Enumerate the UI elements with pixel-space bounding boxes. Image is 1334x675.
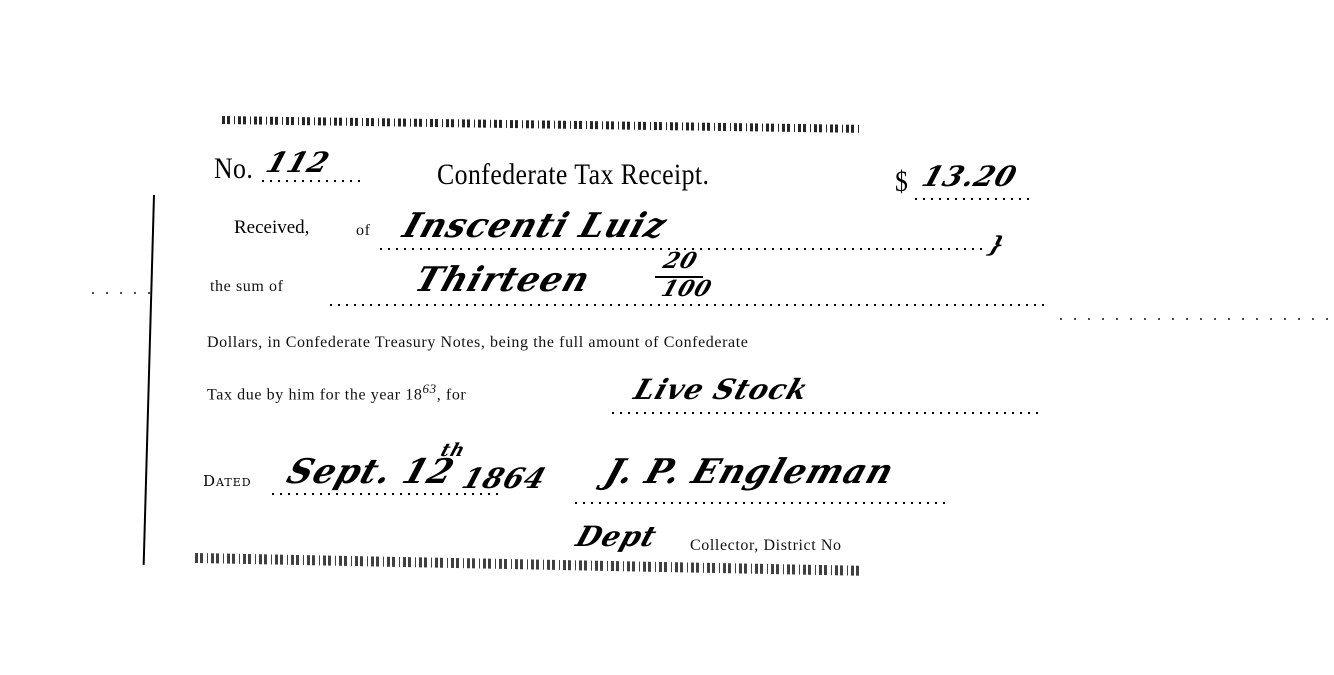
date-dots bbox=[272, 493, 502, 495]
receipt-number-value: 112 bbox=[262, 146, 334, 179]
amount-dots bbox=[915, 198, 1035, 200]
date-ordinal: th bbox=[438, 440, 468, 461]
tax-year-digits: 63 bbox=[422, 381, 436, 396]
ornamental-border-bottom bbox=[195, 553, 860, 576]
tax-item: Live Stock bbox=[630, 373, 813, 406]
scan-artifact-left bbox=[92, 292, 162, 294]
signature-dots bbox=[575, 502, 950, 504]
treasury-notes-line: Dollars, in Confederate Treasury Notes, … bbox=[207, 334, 748, 352]
sum-words: Thirteen bbox=[410, 260, 596, 300]
amount-symbol: $ bbox=[895, 165, 908, 199]
collector-district-label: Collector, District No bbox=[690, 537, 842, 555]
tax-for-label: , for bbox=[437, 386, 467, 403]
left-margin-rule bbox=[143, 195, 155, 565]
tax-year-prefix: Tax due by him for the year 18 bbox=[207, 386, 422, 403]
dated-label: Dated bbox=[203, 472, 252, 490]
received-label: Received, bbox=[234, 217, 309, 239]
sum-dots bbox=[330, 304, 1045, 306]
sum-fraction-numerator: 20 bbox=[660, 248, 701, 274]
payer-name: Inscenti Luiz bbox=[398, 206, 672, 246]
bracket-mark: } bbox=[985, 232, 1009, 258]
date-value: Sept. 12 bbox=[282, 452, 460, 492]
receipt-number-label: No. bbox=[214, 152, 253, 186]
receipt-title: Confederate Tax Receipt. bbox=[437, 158, 709, 192]
sum-fraction-denominator: 100 bbox=[658, 276, 715, 302]
tax-year-line-prefix: Tax due by him for the year 1863, for bbox=[207, 381, 466, 404]
ornamental-border-top bbox=[222, 116, 862, 133]
tax-item-dots bbox=[612, 412, 1042, 414]
date-year: 1864 bbox=[458, 462, 551, 495]
amount-value: 13.20 bbox=[918, 160, 1021, 193]
sum-label: the sum of bbox=[210, 278, 284, 296]
collector-signature: J. P. Engleman bbox=[600, 452, 899, 492]
scan-artifact-right bbox=[1060, 318, 1330, 320]
receipt-number-dots bbox=[262, 180, 364, 182]
deputy-mark: Dept bbox=[572, 520, 661, 553]
received-of-label: of bbox=[356, 222, 371, 240]
